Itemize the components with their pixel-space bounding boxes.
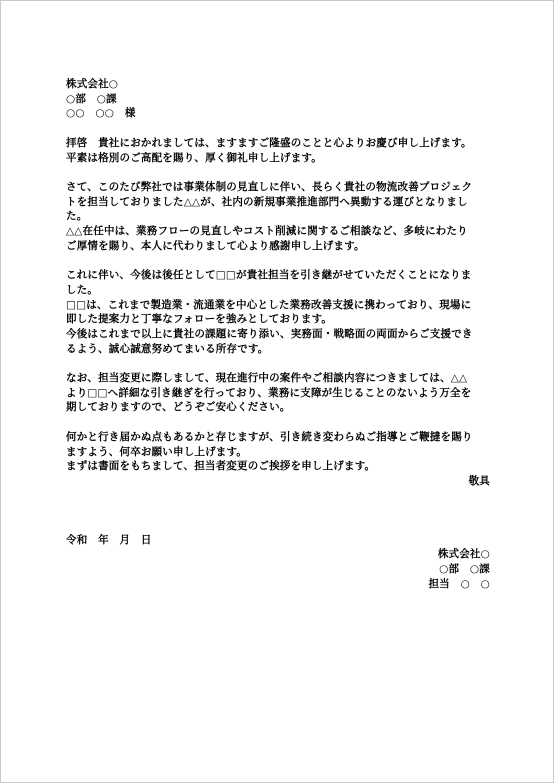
- opening-paragraph: 拝啓 貴社におかれましては、ますますご隆盛のことと心よりお慶び申し上げます。 平…: [66, 136, 490, 165]
- closing-word: 敬具: [66, 474, 490, 489]
- body-line: 今後はこれまで以上に貴社の課題に寄り添い、実務面・戦略面の両面からご支援でき: [66, 327, 490, 342]
- recipient-block: 株式会社○ ○部 ○課 ○○ ○○ 様: [66, 77, 490, 121]
- body-line: た。: [66, 209, 490, 224]
- body-line: トを担当しておりました△△が、社内の新規事業推進部門へ異動する運びとなりまし: [66, 195, 490, 210]
- body-line: した。: [66, 283, 490, 298]
- paragraph-successor-introduction: これに伴い、今後は後任として□□が貴社担当を引き継がせていただくことになりま し…: [66, 268, 490, 356]
- body-line: なお、担当変更に際しまして、現在進行中の案件やご相談内容につきましては、△△: [66, 371, 490, 386]
- paragraph-handover-assurance: なお、担当変更に際しまして、現在進行中の案件やご相談内容につきましては、△△ よ…: [66, 371, 490, 415]
- vertical-spacer: [66, 489, 490, 533]
- recipient-company: 株式会社○: [66, 77, 490, 92]
- body-line: まずは書面をもちまして、担当者変更のご挨拶を申し上げます。: [66, 459, 490, 474]
- body-line: るよう、誠心誠意努めてまいる所存です。: [66, 342, 490, 357]
- body-line: ますよう、何卒お願い申し上げます。: [66, 445, 490, 460]
- paragraph-predecessor-transfer: さて、このたび弊社では事業体制の見直しに伴い、長らく貴社の物流改善プロジェク ト…: [66, 180, 490, 254]
- body-line: 期しておりますので、どうぞご安心ください。: [66, 400, 490, 415]
- body-line: より□□へ詳細な引き継ぎを行っており、業務に支障が生じることのないよう万全を: [66, 386, 490, 401]
- body-line: これに伴い、今後は後任として□□が貴社担当を引き継がせていただくことになりま: [66, 268, 490, 283]
- sender-block: 株式会社○ ○部 ○課 担当 ○ ○: [66, 547, 490, 591]
- recipient-department: ○部 ○課: [66, 92, 490, 107]
- body-line: ご厚情を賜り、本人に代わりまして心より感謝申し上げます。: [66, 239, 490, 254]
- body-line: 平素は格別のご高配を賜り、厚く御礼申し上げます。: [66, 151, 490, 166]
- recipient-person: ○○ ○○ 様: [66, 106, 490, 121]
- date-line: 令和 年 月 日: [66, 533, 490, 548]
- sender-person-in-charge: 担当 ○ ○: [66, 577, 490, 592]
- body-line: 拝啓 貴社におかれましては、ますますご隆盛のことと心よりお慶び申し上げます。: [66, 136, 490, 151]
- sender-company: 株式会社○: [66, 547, 490, 562]
- body-line: □□は、これまで製造業・流通業を中心とした業務改善支援に携わっており、現場に: [66, 298, 490, 313]
- body-line: 即した提案力と丁寧なフォローを強みとしております。: [66, 312, 490, 327]
- body-line: 何かと行き届かぬ点もあるかと存じますが、引き続き変わらぬご指導とご鞭撻を賜り: [66, 430, 490, 445]
- paragraph-closing-request: 何かと行き届かぬ点もあるかと存じますが、引き続き変わらぬご指導とご鞭撻を賜り ま…: [66, 430, 490, 474]
- sender-department: ○部 ○課: [66, 562, 490, 577]
- body-line: △△在任中は、業務フローの見直しやコスト削減に関するご相談など、多岐にわたり: [66, 224, 490, 239]
- body-line: さて、このたび弊社では事業体制の見直しに伴い、長らく貴社の物流改善プロジェク: [66, 180, 490, 195]
- letter-page: 株式会社○ ○部 ○課 ○○ ○○ 様 拝啓 貴社におかれましては、ますますご隆…: [0, 0, 554, 783]
